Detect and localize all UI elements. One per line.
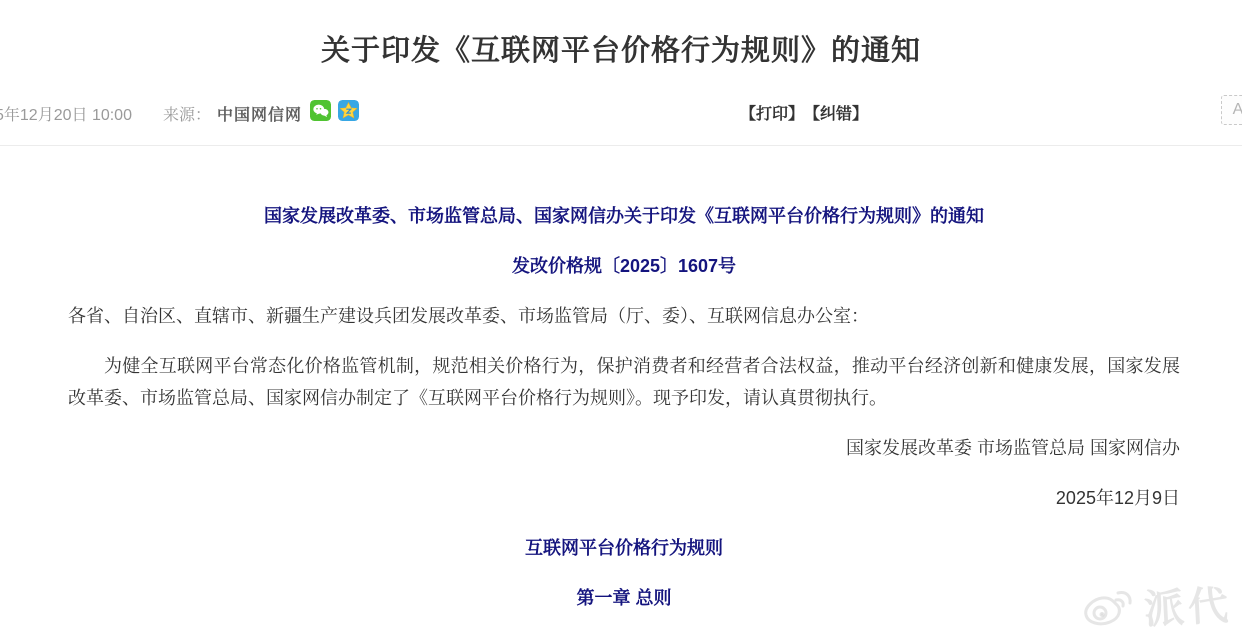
header-divider bbox=[0, 145, 1242, 146]
qzone-share-icon[interactable] bbox=[338, 100, 359, 121]
article-tools: 【打印】 【纠错】 bbox=[740, 101, 868, 124]
publish-datetime: 5年12月20日 10:00 bbox=[0, 102, 132, 125]
body-paragraph: 为健全互联网平台常态化价格监管机制，规范相关价格行为，保护消费者和经营者合法权益… bbox=[68, 350, 1180, 414]
meta-bar: 5年12月20日 10:00 来源： 中国网信网 【打印】 【 bbox=[0, 95, 1242, 139]
chapter-one-title: 第一章 总则 bbox=[68, 582, 1180, 614]
article-body: 国家发展改革委、市场监管总局、国家网信办关于印发《互联网平台价格行为规则》的通知… bbox=[68, 200, 1180, 614]
print-button[interactable]: 【打印】 bbox=[740, 101, 804, 124]
issue-date: 2025年12月9日 bbox=[68, 482, 1180, 514]
article-page: 关于印发《互联网平台价格行为规则》的通知 5年12月20日 10:00 来源： … bbox=[0, 0, 1242, 635]
wechat-share-icon[interactable] bbox=[310, 100, 331, 121]
document-heading: 国家发展改革委、市场监管总局、国家网信办关于印发《互联网平台价格行为规则》的通知 bbox=[68, 200, 1180, 232]
salutation-line: 各省、自治区、直辖市、新疆生产建设兵团发展改革委、市场监管局（厅、委）、互联网信… bbox=[68, 300, 1180, 332]
correction-button[interactable]: 【纠错】 bbox=[804, 101, 868, 124]
rules-title: 互联网平台价格行为规则 bbox=[68, 532, 1180, 564]
document-number: 发改价格规〔2025〕1607号 bbox=[68, 250, 1180, 282]
page-title: 关于印发《互联网平台价格行为规则》的通知 bbox=[0, 0, 1242, 69]
share-icons bbox=[310, 100, 359, 121]
issuing-agencies: 国家发展改革委 市场监管总局 国家网信办 bbox=[68, 432, 1180, 464]
source-label: 来源： bbox=[163, 102, 211, 125]
source-value: 中国网信网 bbox=[217, 102, 302, 125]
font-size-tool[interactable]: A bbox=[1221, 95, 1242, 125]
